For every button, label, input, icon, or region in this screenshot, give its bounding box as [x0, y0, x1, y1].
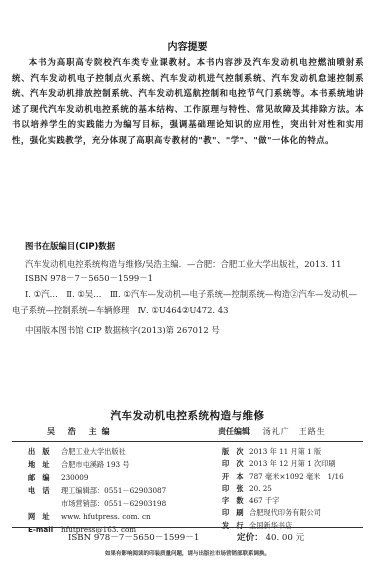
- info-row-format: 开 本787 毫米×1092 毫米 1/16: [222, 472, 344, 484]
- price-value: 40. 00 元: [266, 533, 305, 543]
- info-row-postcode: 邮 编230009: [28, 473, 166, 486]
- price: 定价： 40. 00 元: [237, 531, 304, 543]
- editor-label: 责任编辑: [218, 426, 250, 436]
- info-row-word-count: 字 数467 千字: [222, 496, 344, 508]
- info-row-address: 地 址合肥市屯溪路 193 号: [28, 460, 166, 473]
- website-link[interactable]: www. hfutpress. com. cn: [61, 512, 151, 525]
- info-row-publisher: 出 版合肥工业大学出版社: [28, 447, 166, 460]
- info-row-website: 网 址www. hfutpress. com. cn: [28, 512, 166, 525]
- responsible-editor: 责任编辑 汤礼广 王路生: [218, 426, 326, 437]
- editor-names: 汤礼广 王路生: [263, 427, 326, 436]
- quality-notice: 如果有影响阅读的印装质量问题，请与出版社市场营销部联系调换。: [0, 549, 375, 557]
- cip-title: 图书在版编目(CIP)数据: [25, 240, 115, 252]
- author: 吴 浩 主编: [47, 426, 115, 437]
- info-row-phone-marketing: 市场营销部：0551－62903198: [28, 499, 166, 512]
- book-title: 汽车发动机电控系统构造与维修: [0, 408, 375, 423]
- edition-info: 版 次2013 年 11 月第 1 版 印 次2013 年 12 月第 1 次印…: [222, 447, 344, 533]
- top-rule: [12, 441, 363, 442]
- info-row-edition: 版 次2013 年 11 月第 1 版: [222, 447, 344, 459]
- cip-number: 中国版本图书馆 CIP 数据核字(2013)第 267012 号: [25, 324, 220, 336]
- summary-body: 本书为高职高专院校汽车类专业课教材。本书内容涉及汽车发动机电控燃油喷射系统、汽车…: [12, 55, 364, 149]
- summary-title: 内容提要: [0, 38, 375, 53]
- info-row-phone: 电 话理工编辑部：0551－62903087: [28, 486, 166, 499]
- price-label: 定价：: [237, 533, 263, 543]
- isbn: ISBN 978－7－5650－1599－1: [68, 531, 199, 543]
- info-row-sheets: 印 张20. 25: [222, 484, 344, 496]
- cip-record-line: 汽车发动机电控系统构造与维修/吴浩主编．—合肥：合肥工业大学出版社，2013. …: [25, 258, 342, 270]
- bottom-rule: [12, 527, 363, 528]
- cip-classification: Ⅰ. ①汽… Ⅱ. ①吴… Ⅲ. ①汽车—发动机—电子系统—控制系统—构造②汽车…: [12, 287, 362, 318]
- publisher-info: 出 版合肥工业大学出版社 地 址合肥市屯溪路 193 号 邮 编230009 电…: [28, 447, 166, 538]
- info-row-printing: 印 次2013 年 12 月第 1 次印刷: [222, 459, 344, 471]
- info-row-printer: 印 刷合肥现代印务有限公司: [222, 508, 344, 520]
- cip-isbn-line: ISBN 978－7－5650－1599－1: [25, 272, 153, 284]
